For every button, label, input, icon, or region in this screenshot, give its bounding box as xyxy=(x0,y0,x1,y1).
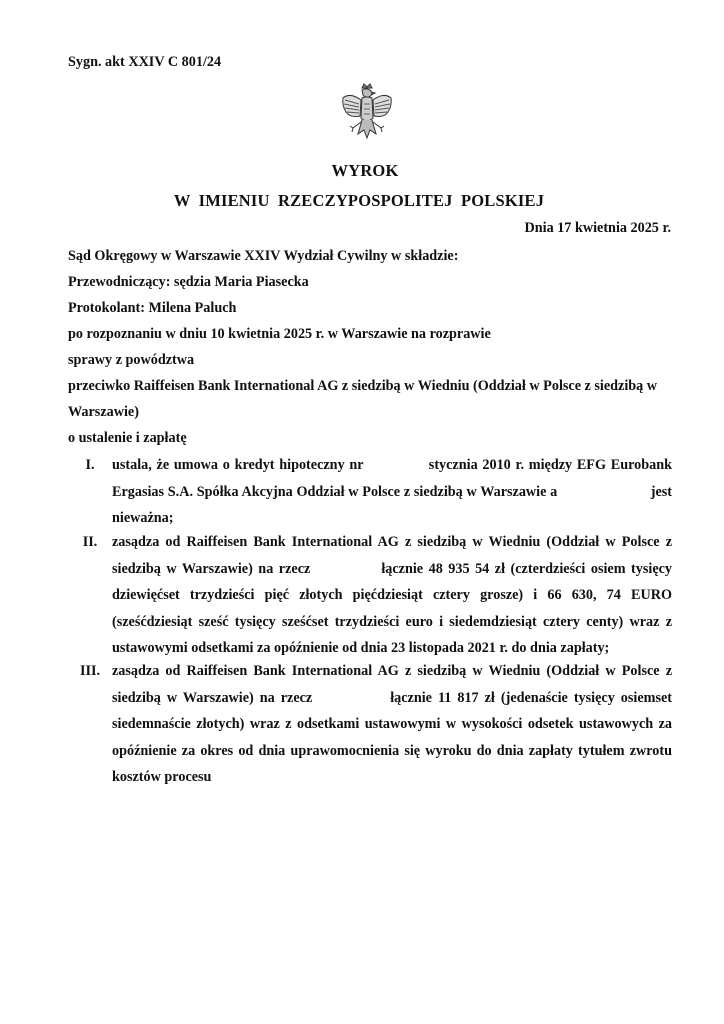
ruling-text-part: ustala, że umowa o kredyt hipoteczny nr xyxy=(112,457,363,473)
ruling-numeral: III. xyxy=(68,658,112,684)
hearing-info: po rozpoznaniu w dniu 10 kwietnia 2025 r… xyxy=(68,324,491,344)
defendant: przeciwko Raiffeisen Bank International … xyxy=(68,373,672,425)
court-composition: Sąd Okręgowy w Warszawie XXIV Wydział Cy… xyxy=(68,246,458,266)
judgment-page: Sygn. akt XXIV C 801/24 xyxy=(0,0,724,1024)
case-intro: sprawy z powództwa xyxy=(68,350,194,370)
case-signature: Sygn. akt XXIV C 801/24 xyxy=(68,52,221,72)
case-subject: o ustalenie i zapłatę xyxy=(68,428,187,448)
judgment-title: WYROK xyxy=(3,160,724,182)
presiding-judge: Przewodniczący: sędzia Maria Piasecka xyxy=(68,272,309,292)
ruling-numeral: I. xyxy=(68,452,112,478)
ruling-text: ustala, że umowa o kredyt hipoteczny nr … xyxy=(112,452,672,532)
judgment-date: Dnia 17 kwietnia 2025 r. xyxy=(525,218,672,238)
ruling-text: zasądza od Raiffeisen Bank International… xyxy=(112,529,672,662)
polish-eagle-emblem-icon xyxy=(340,82,394,146)
ruling-numeral: II. xyxy=(68,529,112,555)
judgment-subtitle: W IMIENIU RZECZYPOSPOLITEJ POLSKIEJ xyxy=(0,190,721,212)
ruling-text: zasądza od Raiffeisen Bank International… xyxy=(112,658,672,791)
court-clerk: Protokolant: Milena Paluch xyxy=(68,298,236,318)
